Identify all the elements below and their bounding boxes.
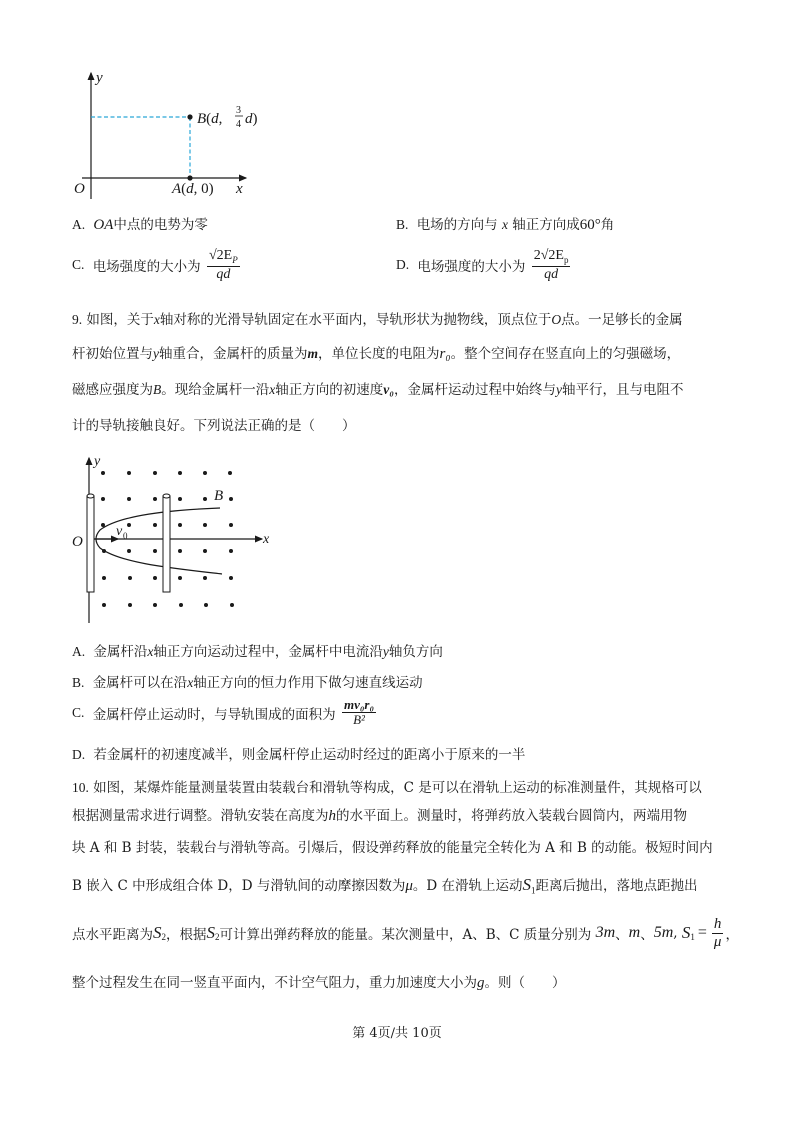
q10-stem-line-5: 点水平距离为S2，根据S2可计算出弹药释放的能量。某次测量中，A、B、C 质量分… xyxy=(72,916,739,950)
q8-option-a: A. OA中点的电势为零 xyxy=(72,213,208,234)
q8-option-c: C. 电场强度的大小为 √2EP qd xyxy=(72,248,242,282)
svg-text:O: O xyxy=(74,181,85,197)
q8-coordinate-figure: y O x B(d, 3 4 d) A(d, 0) xyxy=(60,62,280,207)
svg-text:B: B xyxy=(214,488,223,504)
q9-stem-line-3: 磁感应强度为B。现给金属杆一沿x轴正方向的初速度v₀，金属杆运动过程中始终与y轴… xyxy=(72,378,683,398)
metal-rod-initial xyxy=(87,496,94,592)
q10-stem-line-6: 整个过程发生在同一竖直平面内，不计空气阻力，重力加速度大小为g。则（ ） xyxy=(72,971,566,992)
svg-text:4: 4 xyxy=(236,119,241,130)
q10-stem-line-3: 块 A 和 B 封装，装载台与滑轨等高。引爆后，假设弹药释放的能量完全转化为 A… xyxy=(72,836,713,856)
parabolic-rail xyxy=(96,508,222,574)
q9-option-c: C. 金属杆停止运动时，与导轨围成的面积为 mv₀r₀ B² xyxy=(72,698,378,728)
metal-rod-moving xyxy=(163,496,170,592)
svg-text:O: O xyxy=(72,534,83,550)
svg-text:B(d,: B(d, xyxy=(197,111,222,127)
page-footer: 第 4页/共 10页 xyxy=(0,1022,794,1041)
svg-text:x: x xyxy=(262,532,270,547)
svg-text:v: v xyxy=(116,524,123,539)
q9-option-a: A. 金属杆沿x轴正方向运动过程中，金属杆中电流沿y轴负方向 xyxy=(72,640,443,660)
q8-option-b: B. 电场的方向与 x 轴正方向成60°角 xyxy=(396,213,614,234)
q9-stem-line-4: 计的导轨接触良好。下列说法正确的是（ ） xyxy=(72,414,356,434)
q9-rail-figure: v 0 y O x B xyxy=(68,452,278,627)
q10-stem-line-1: 10. 如图，某爆炸能量测量装置由装载台和滑轨等构成，C 是可以在滑轨上运动的标… xyxy=(72,776,702,796)
q9-option-d: D. 若金属杆的初速度减半，则金属杆停止运动时经过的距离小于原来的一半 xyxy=(72,743,525,763)
q9-stem-line-2: 杆初始位置与y轴重合，金属杆的质量为m，单位长度的电阻为r₀。整个空间存在竖直向… xyxy=(72,342,680,363)
q10-stem-line-4: B 嵌入 C 中形成组合体 D，D 与滑轨间的动摩擦因数为μ。D 在滑轨上运动S… xyxy=(72,874,698,896)
svg-text:x: x xyxy=(235,181,243,197)
svg-text:A(d, 0): A(d, 0) xyxy=(171,181,214,197)
page-number: 第 4页/共 10页 xyxy=(352,1026,441,1041)
q9-stem-line-1: 9. 如图，关于x轴对称的光滑导轨固定在水平面内，导轨形状为抛物线，顶点位于O点… xyxy=(72,308,683,328)
q8-option-d: D. 电场强度的大小为 2√2Ep qd xyxy=(396,248,572,282)
svg-text:y: y xyxy=(94,70,103,86)
svg-text:3: 3 xyxy=(236,105,241,116)
svg-text:y: y xyxy=(92,454,101,469)
svg-text:0: 0 xyxy=(123,531,128,541)
svg-text:d): d) xyxy=(245,111,258,127)
q10-stem-line-2: 根据测量需求进行调整。滑轨安装在高度为h的水平面上。测量时，将弹药放入装载台圆筒… xyxy=(72,804,687,825)
q9-option-b: B. 金属杆可以在沿x轴正方向的恒力作用下做匀速直线运动 xyxy=(72,671,423,691)
